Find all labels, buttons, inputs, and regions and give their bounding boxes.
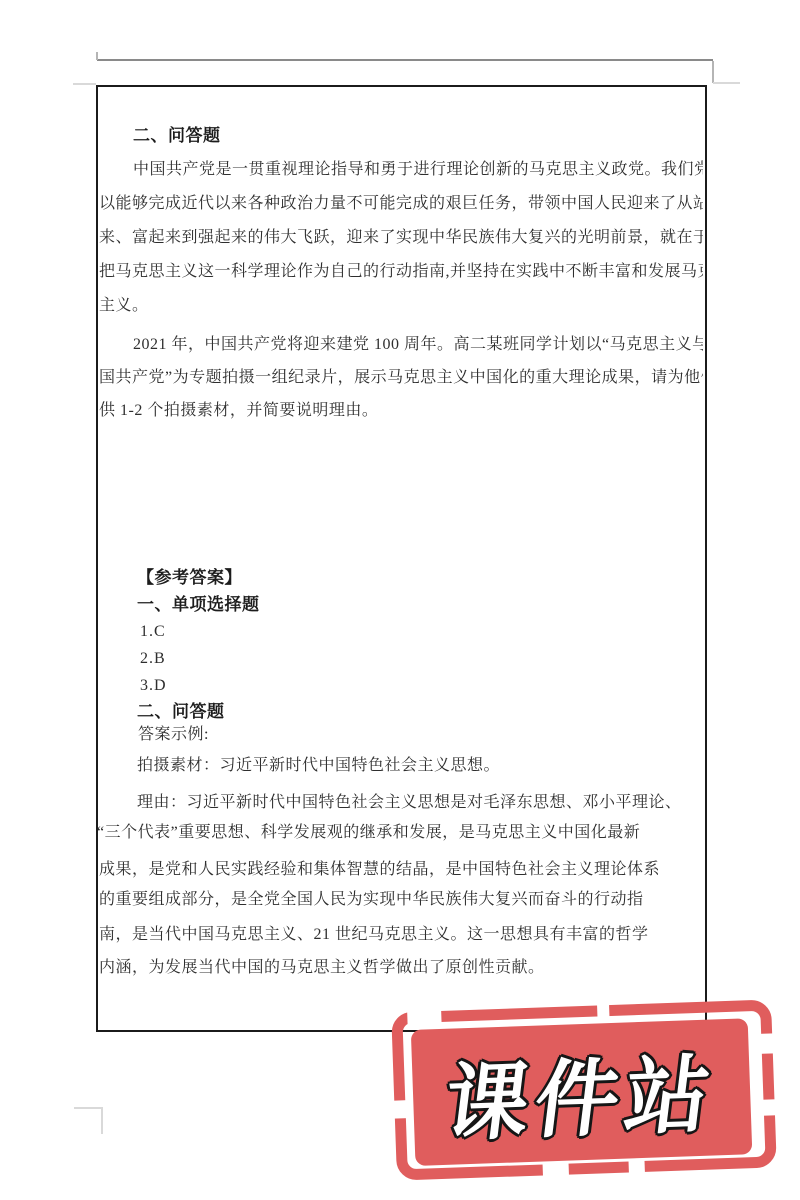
answers-title: 【参考答案】	[137, 568, 703, 588]
paragraph2-line: 2021 年，中国共产党将迎来建党 100 周年。高二某班同学计划以“马克思主义…	[133, 335, 703, 355]
answer-reason-line: 的重要组成部分，是全党全国人民为实现中华民族伟大复兴而奋斗的行动指	[99, 890, 703, 910]
answer-reason-line: 理由：习近平新时代中国特色社会主义思想是对毛泽东思想、邓小平理论、	[137, 793, 703, 813]
stamp-notch	[392, 1100, 408, 1119]
paragraph1-line: 主义。	[99, 296, 703, 316]
paragraph2-line: 供 1-2 个拍摄素材，并简要说明理由。	[99, 401, 703, 421]
stamp-notch	[628, 1159, 645, 1175]
answers-section1-heading: 一、单项选择题	[137, 595, 703, 615]
answers-section2-heading: 二、问答题	[137, 702, 703, 722]
choice-answer: 2.B	[140, 649, 703, 669]
margin-crop-mark-top	[96, 52, 98, 60]
choice-answer: 3.D	[140, 676, 703, 696]
header-rule-end-tick	[712, 61, 714, 83]
paragraph2-line: 国共产党”为专题拍摄一组纪录片，展示马克思主义中国化的重大理论成果，请为他们提	[99, 368, 703, 388]
answer-example-label: 答案示例:	[138, 725, 703, 745]
margin-crop-mark-top-right	[713, 82, 740, 84]
paragraph1-line: 以能够完成近代以来各种政治力量不可能完成的艰巨任务，带领中国人民迎来了从站起	[99, 194, 703, 214]
margin-crop-mark-top-left	[73, 83, 96, 85]
page: { "document": { "question_heading": "二、问…	[0, 0, 800, 1200]
stamp-text: 课件站	[439, 1027, 724, 1158]
stamp-notch	[597, 1003, 610, 1018]
header-rule	[97, 59, 713, 61]
watermark-stamp: 课件站	[391, 999, 777, 1180]
answer-material-line: 拍摄素材：习近平新时代中国特色社会主义思想。	[137, 756, 703, 776]
question-heading: 二、问答题	[133, 126, 703, 146]
margin-crop-mark-bottom-left-v	[101, 1107, 103, 1134]
paragraph1-line: 来、富起来到强起来的伟大飞跃，迎来了实现中华民族伟大复兴的光明前景，就在于始终	[99, 228, 703, 248]
stamp-notch	[761, 1099, 777, 1116]
answer-reason-line: 成果，是党和人民实践经验和集体智慧的结晶，是中国特色社会主义理论体系	[99, 860, 703, 880]
stamp-notch	[407, 1009, 442, 1025]
stamp-notch	[759, 1033, 775, 1054]
answer-reason-line: 南，是当代中国马克思主义、21 世纪马克思主义。这一思想具有丰富的哲学	[99, 925, 703, 945]
margin-crop-mark-bottom-left-h	[74, 1107, 103, 1109]
choice-answer: 1.C	[140, 622, 703, 642]
stamp-notch	[543, 1162, 570, 1178]
answer-reason-line: “三个代表”重要思想、科学发展观的继承和发展，是马克思主义中国化最新	[97, 823, 703, 843]
paragraph1-line: 中国共产党是一贯重视理论指导和勇于进行理论创新的马克思主义政党。我们党之所	[133, 160, 703, 180]
stamp-inner-plate: 课件站	[411, 1018, 753, 1166]
paragraph1-line: 把马克思主义这一科学理论作为自己的行动指南,并坚持在实践中不断丰富和发展马克思	[99, 262, 703, 282]
answer-reason-line: 内涵，为发展当代中国的马克思主义哲学做出了原创性贡献。	[99, 958, 703, 978]
